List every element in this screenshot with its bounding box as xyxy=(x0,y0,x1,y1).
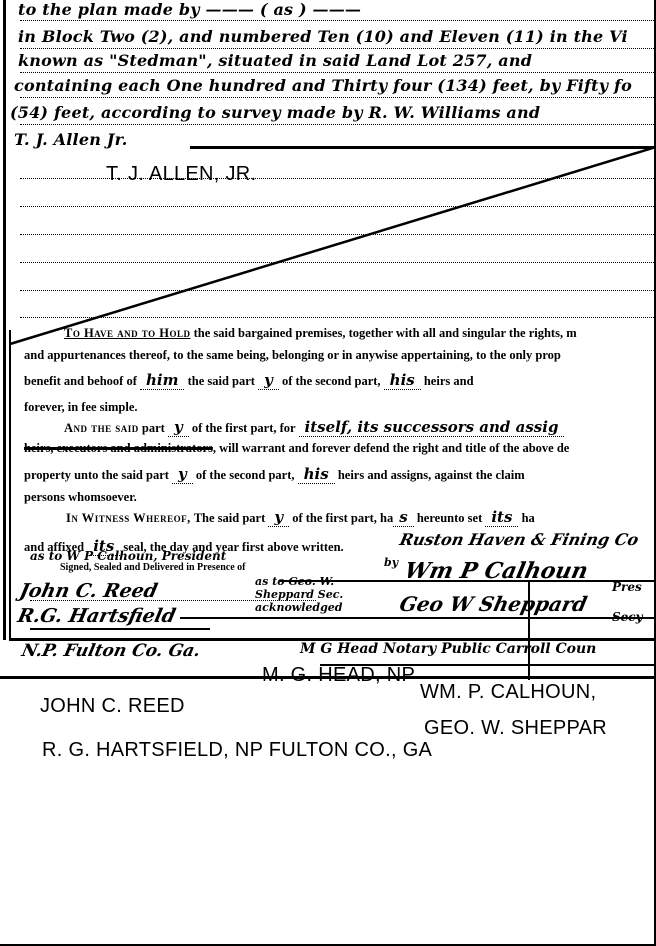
signature-company: Ruston Haven & Fining Co xyxy=(398,530,640,549)
signature-by-label: by xyxy=(384,556,398,569)
handwritten-acknowledgment-note: as to Geo. W. Sheppard Sec. acknowledged xyxy=(255,575,365,614)
habendum-line-4: forever, in fee simple. xyxy=(24,400,138,415)
warranty-line-3: property unto the said part y of the sec… xyxy=(24,465,525,483)
witness-signature-rule xyxy=(30,628,210,630)
title-pres: Pres xyxy=(612,580,642,594)
signature-notary-fulton: N.P. Fulton Co. Ga. xyxy=(20,641,202,661)
fill-beneficiary: him xyxy=(140,371,184,390)
title-secy: Secy xyxy=(612,610,643,624)
signature-john-c-reed: John C. Reed xyxy=(18,580,160,602)
grantor-signature-rule-2 xyxy=(180,617,656,619)
warranty-line-4: persons whomsoever. xyxy=(24,490,137,505)
typed-name-hartsfield: R. G. HARTSFIELD, NP FULTON CO., GA xyxy=(42,739,432,762)
handwritten-as-to-calhoun: as to W P Calhoun, President xyxy=(30,549,226,563)
signature-calhoun: Wm P Calhoun xyxy=(402,558,590,584)
warranty-line-2: heirs, executors and administrators, wil… xyxy=(24,441,569,456)
habendum-line-2: and appurtenances thereof, to the same b… xyxy=(24,348,561,363)
signature-sheppard: Geo W Sheppard xyxy=(397,592,589,616)
typed-name-sheppard: GEO. W. SHEPPAR xyxy=(424,717,607,740)
struck-text: heirs, executors and administrators xyxy=(24,441,213,455)
habendum-line-1: To Have and to Hold the said bargained p… xyxy=(64,326,577,341)
habendum-line-3: benefit and behoof of him the said part … xyxy=(24,371,474,389)
signature-head-notary: M G Head Notary Public Carroll Coun xyxy=(300,641,596,657)
witness-line-1: In Witness Whereof, The said part y of t… xyxy=(66,508,535,526)
signed-sealed-delivered-label: Signed, Sealed and Delivered in Presence… xyxy=(60,562,245,573)
deed-page: to the plan made by ——— ( as ) ——— in Bl… xyxy=(0,0,656,946)
typed-name-head: M. G. HEAD, NP xyxy=(262,664,415,687)
signature-hartsfield: R.G. Hartsfield xyxy=(16,605,178,627)
typed-name-reed: JOHN C. REED xyxy=(40,695,185,718)
warranty-line-1: And the said part y of the first part, f… xyxy=(64,418,564,436)
typed-name-calhoun: WM. P. CALHOUN, xyxy=(420,681,596,704)
